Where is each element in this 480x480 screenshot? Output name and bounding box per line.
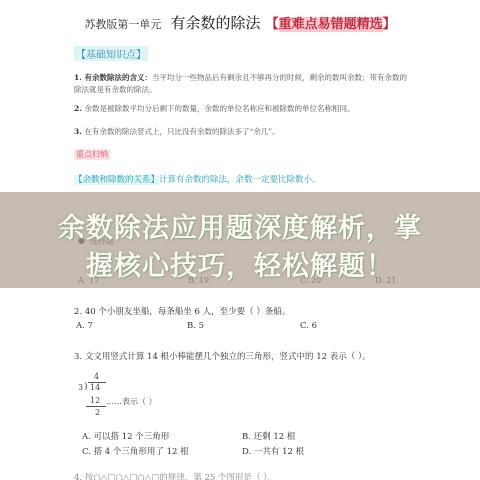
ld-subtract-line xyxy=(86,406,106,407)
basics-item-1: 1. 有余数除法的含义：当平均分一些物品后有剩余且不够再分的时候，剩余的数叫余数… xyxy=(74,72,414,96)
basics-item-3: 3. 在有余数的除法竖式上，只比没有余数的除法多了“余几”。 xyxy=(74,126,414,138)
item-label: 3. xyxy=(74,127,84,136)
headline-banner: ● 选择题 A. 17 B. 19 C. 20 D. 21 余数除法应用题深度解… xyxy=(0,192,480,288)
question-number: 4. xyxy=(74,473,82,480)
title-tag-text: 重难点易错题精选 xyxy=(279,17,383,32)
remainder-divisor-relation: 【余数和除数的关系】计算有余数的除法，余数一定要比除数小。 xyxy=(74,173,321,185)
question-number: 2. xyxy=(74,307,82,317)
ld-product: 12 xyxy=(90,396,100,405)
section-basics-title: 【基础知识点】 xyxy=(74,46,148,61)
ld-quotient: 4 xyxy=(94,372,99,381)
ld-dividend: 14 xyxy=(90,383,100,392)
title-main: 有余数的除法 xyxy=(170,14,260,32)
bracket-open: 【 xyxy=(266,17,279,32)
question-4: 4. 按○△□○△□○△□的规律，第 25 个图形是（ ）。 xyxy=(74,471,276,480)
ld-remainder: 2 xyxy=(95,408,100,417)
ld-bracket: ) xyxy=(84,382,88,392)
title-tag: 【重难点易错题精选】 xyxy=(266,17,396,32)
question-2-option-b: B. 5 xyxy=(187,321,204,331)
question-text: 按○△□○△□○△□的规律，第 25 个图形是（ ）。 xyxy=(85,473,276,480)
question-2-option-a: A. 7 xyxy=(76,321,93,331)
key-note-label: 重点归纳 xyxy=(74,149,110,160)
item-text: 余数是被除数平均分后剩下的数量，余数的单位名称应和被除数的单位名称相同。 xyxy=(84,104,354,113)
question-text: 40 个小朋友坐船，每条船坐 6 人，至少要（ ）条船。 xyxy=(85,307,291,317)
relation-label: 【余数和除数的关系】 xyxy=(74,175,159,185)
question-3-option-d: D. 一共有 12 根 xyxy=(242,445,304,457)
ld-annotation: ……表示（ ） xyxy=(106,396,157,407)
banner-headline-line-1: 余数除法应用题深度解析，掌 xyxy=(0,206,480,245)
document-page: 苏教版第一单元 有余数的除法 【重难点易错题精选】 【基础知识点】 1. 有余数… xyxy=(0,0,480,480)
item-label: 2. xyxy=(74,104,84,113)
question-number: 3. xyxy=(74,352,82,362)
question-2: 2. 40 个小朋友坐船，每条船坐 6 人，至少要（ ）条船。 xyxy=(74,305,290,317)
banner-headline-line-2: 握核心技巧，轻松解题！ xyxy=(0,244,480,283)
question-3-option-b: B. 还剩 12 根 xyxy=(242,430,295,442)
question-3: 3. 文文用竖式计算 14 根小棒能摆几个独立的三角形，竖式中的 12 表示（ … xyxy=(74,350,371,362)
item-text: 在有余数的除法竖式上，只比没有余数的除法多了“余几”。 xyxy=(84,127,279,136)
relation-text: 计算有余数的除法，余数一定要比除数小。 xyxy=(159,175,321,185)
basics-item-2: 2. 余数是被除数平均分后剩下的数量，余数的单位名称应和被除数的单位名称相同。 xyxy=(74,103,414,115)
title-prefix: 苏教版第一单元 xyxy=(84,18,161,31)
question-3-option-c: C. 搭 4 个三角形用了 12 根 xyxy=(82,445,189,457)
question-text: 文文用竖式计算 14 根小棒能摆几个独立的三角形，竖式中的 12 表示（ ）。 xyxy=(85,352,371,362)
question-2-option-c: C. 6 xyxy=(300,321,317,331)
question-3-option-a: A. 可以搭 12 个三角形 xyxy=(82,430,169,442)
bracket-close: 】 xyxy=(383,17,396,32)
ld-divisor: 3 xyxy=(78,383,83,392)
long-division-diagram: 4 3 ) 14 12 2 ……表示（ ） xyxy=(74,372,194,422)
item-label: 1. 有余数除法的含义： xyxy=(74,73,152,82)
document-title: 苏教版第一单元 有余数的除法 【重难点易错题精选】 xyxy=(0,12,480,33)
